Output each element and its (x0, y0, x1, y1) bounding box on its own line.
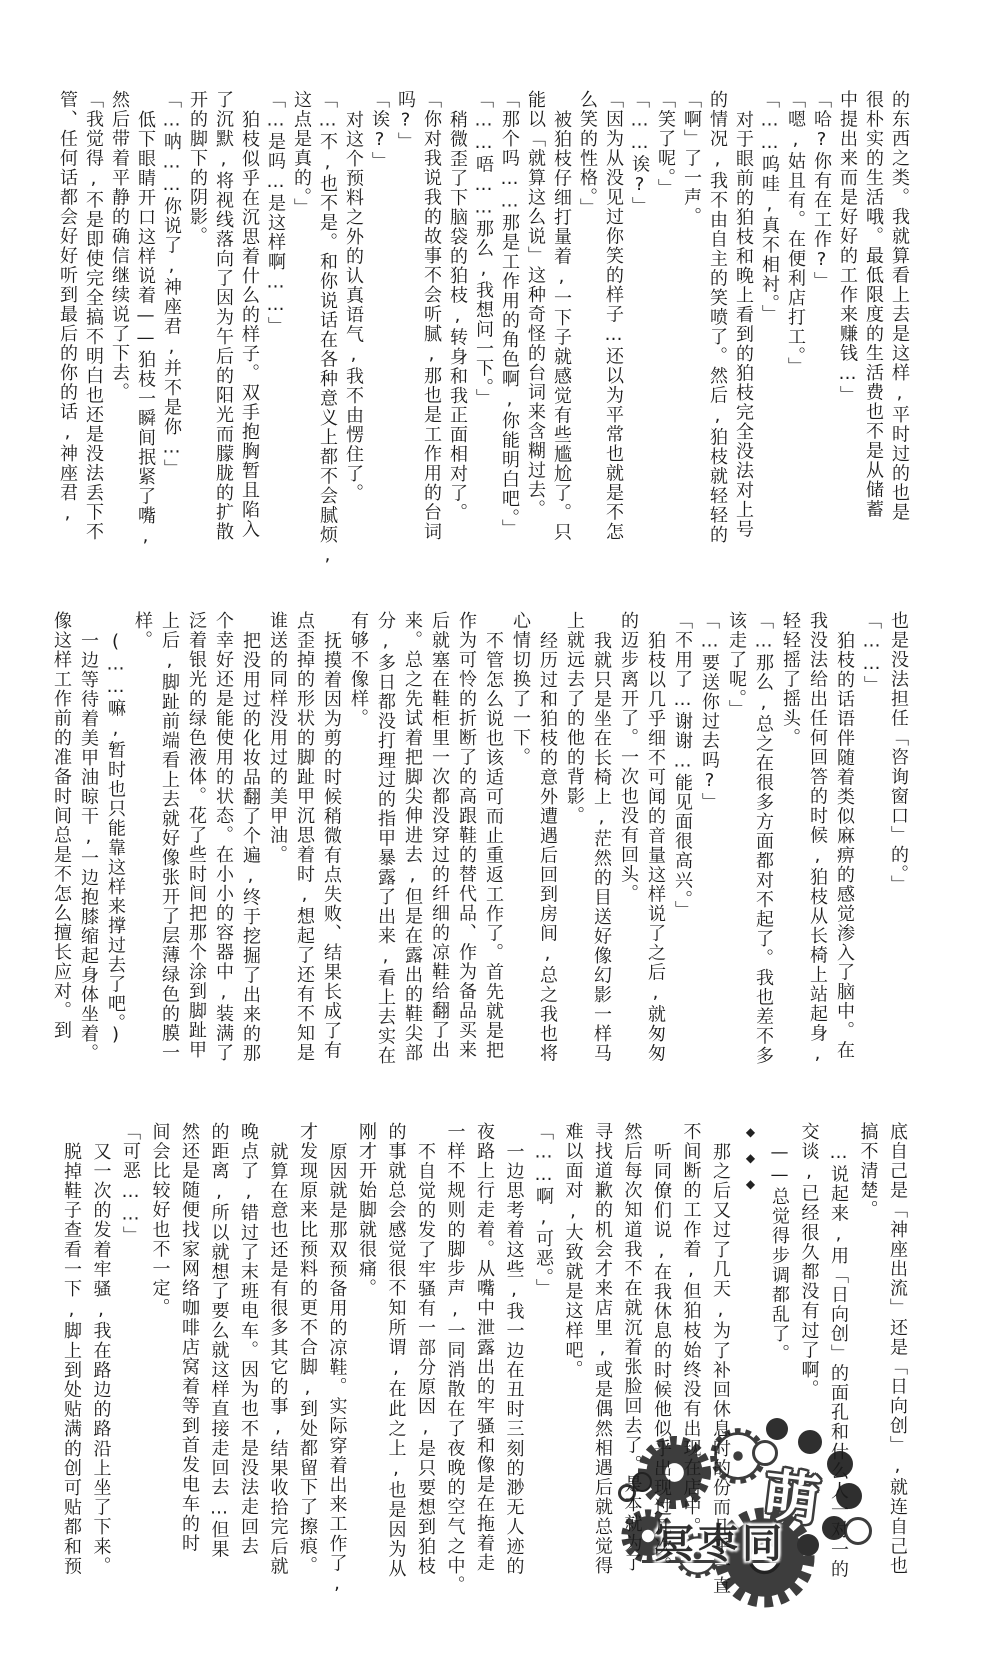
text-column: 样。 (129, 611, 156, 1063)
text-column: 晚点了,错过了末班电车。因为也不是没法走回去 (234, 1122, 264, 1582)
text-column: 「…呐……你说了,神座君,并不是你…」 (158, 90, 184, 546)
text-column: 这点是真的。」 (288, 90, 314, 546)
text-column: 对于眼前的狛枝和晚上看到的狛枝完全没法对上号 (730, 90, 756, 546)
text-column: 「……唔……那么,我想问一下。」 (470, 90, 496, 546)
text-column: 泛着银光的绿色液体。花了些时间把那个涂到脚趾甲 (183, 611, 210, 1063)
text-column: 狛枝似乎在沉思着什么的样子。双手抱胸暂且陷入 (236, 90, 262, 546)
text-block-middle: 也是没法担任「咨询窗口」的。」「……」狛枝的话语伴随着类似麻痹的感觉渗入了脑中。… (48, 611, 912, 1063)
text-column: 能以「就算这么说」这种奇怪的台词来含糊过去。 (522, 90, 548, 546)
text-column: 像这样工作前的准备时间总是不怎么擅长应对。到 (48, 611, 75, 1063)
text-column: 狛枝以几乎细不可闻的音量这样说了之后,就匆匆 (642, 611, 669, 1063)
text-column: 低下眼睛开口这样说着——狛枝一瞬间抿紧了嘴, (132, 90, 158, 546)
text-column: 的事就总会感觉很不知所谓,在此之上,也是因为从 (381, 1122, 411, 1582)
text-block-bottom: 底自己是「神座出流」还是「日向创」,就连自己也搞不清楚。…说起来,用「日向创」的… (57, 1122, 913, 1582)
text-column: 听同僚们说,在我休息的时候他似乎出现过几次。 (647, 1122, 677, 1582)
text-column: 「……啊,可恶。」 (529, 1122, 559, 1582)
text-column: 分,多日都没打理过的指甲暴露了出来,看上去实在 (372, 611, 399, 1063)
text-column: 夜路上行走着。从嘴中泄露出的牢骚和像是在拖着走 (470, 1122, 500, 1582)
text-column: 「诶?」 (366, 90, 392, 546)
text-column: 狛枝的话语伴随着类似麻痹的感觉渗入了脑中。在 (831, 611, 858, 1063)
text-column: 搞不清楚。 (853, 1122, 883, 1582)
text-column: 「不用了…谢谢…能见面很高兴。」 (669, 611, 696, 1063)
text-column: 的情况,我不由自主的笑喷了。然后,狛枝就轻轻的 (704, 90, 730, 546)
text-column: 「可恶……」 (116, 1122, 146, 1582)
text-column: 一边等待着美甲油晾干,一边抱膝缩起身体坐着。 (75, 611, 102, 1063)
text-column: 交谈,已经很久都没有过了啊。 (794, 1122, 824, 1582)
text-column: 也是没法担任「咨询窗口」的。」 (885, 611, 912, 1063)
text-column: 「…是吗…是这样啊……」 (262, 90, 288, 546)
text-column: 「……诶?」 (626, 90, 652, 546)
text-column: 很朴实的生活哦。最低限度的生活费也不是从储蓄 (860, 90, 886, 546)
text-column: 抚摸着因为剪的时候稍微有点失败、结果长成了有 (318, 611, 345, 1063)
text-column: 原因就是那双预备用的凉鞋。实际穿着出来工作了, (322, 1122, 352, 1582)
text-column: 我就只是坐在长椅上,茫然的目送好像幻影一样马 (588, 611, 615, 1063)
text-column: 点歪掉的形状的脚趾甲沉思着时,想起了还有不知是 (291, 611, 318, 1063)
text-column: 稍微歪了下脑袋的狛枝,转身和我正面相对了。 (444, 90, 470, 546)
text-column: 「哈?你有在工作?」 (808, 90, 834, 546)
text-column: 难以面对,大致就是这样吧。 (558, 1122, 588, 1582)
text-column: 那之后又过了几天,为了补回休息时的份而几乎一直 (706, 1122, 736, 1582)
text-column: 后就塞在鞋柜里一次都没穿过的纤细的凉鞋给翻了出 (426, 611, 453, 1063)
text-column: 开的脚下的阴影。 (184, 90, 210, 546)
text-column: 管、任何话都会好好听到最后的你的话,神座君, (54, 90, 80, 546)
text-column: 然还是随便找家网络咖啡店窝着等到首发电车的时 (175, 1122, 205, 1582)
text-column: 有够不像样。 (345, 611, 372, 1063)
text-column: 「…那么,总之在很多方面都对不起了。我也差不多 (750, 611, 777, 1063)
text-column: 被狛枝仔细打量着,一下子就感觉有些尴尬了。只 (548, 90, 574, 546)
text-column: 「啊」了一声。 (678, 90, 704, 546)
text-column: 把没用过的化妆品翻了个遍,终于挖掘了出来的那 (237, 611, 264, 1063)
text-column: 的东西之类。我就算看上去是这样,平时过的也是 (886, 90, 912, 546)
text-column: 然后每次知道我不在就沉着张脸回去了。是本就为了 (617, 1122, 647, 1582)
text-column: 作为可怜的折断了的高跟鞋的替代品、作为备品买来 (453, 611, 480, 1063)
text-column: 经历过和狛枝的意外遭遇后回到房间,总之我也将 (534, 611, 561, 1063)
text-column: 吗?」 (392, 90, 418, 546)
text-column: 的距离,所以就想了要么就这样直接走回去…但果 (204, 1122, 234, 1582)
text-column: 么笑的性格。」 (574, 90, 600, 546)
text-column: 我没法给出任何回答的时候,狛枝从长椅上站起身, (804, 611, 831, 1063)
text-column: 心情切换了一下。 (507, 611, 534, 1063)
text-column: 又一次的发着牢骚,我在路边的路沿上坐了下来。 (86, 1122, 116, 1582)
text-column: 「你对我说我的故事不会听腻,那也是工作用的台词 (418, 90, 444, 546)
text-column: 上后,脚趾前端看上去就好像张开了层薄绿色的膜一 (156, 611, 183, 1063)
text-column: 间会比较好也不一定。 (145, 1122, 175, 1582)
text-column: 「因为从没见过你笑的样子…还以为平常也就是不怎 (600, 90, 626, 546)
text-column: 「……」 (858, 611, 885, 1063)
text-block-top: 的东西之类。我就算看上去是这样,平时过的也是很朴实的生活哦。最低限度的生活费也不… (54, 90, 912, 546)
text-column: 底自己是「神座出流」还是「日向创」,就连自己也 (883, 1122, 913, 1582)
text-column: 谁送的同样没用过的美甲油。 (264, 611, 291, 1063)
text-column: 「…要送你过去吗?」 (696, 611, 723, 1063)
text-column: 「那个吗……那是工作用的角色啊,你能明白吧。」 (496, 90, 522, 546)
text-column: 「…不,也不是。和你说话在各种意义上都不会腻烦, (314, 90, 340, 546)
text-column: 不自觉的发了牢骚有一部分原因,是只要想到狛枝 (411, 1122, 441, 1582)
text-column: 轻轻摇了摇头。 (777, 611, 804, 1063)
text-column: 「我觉得,不是即使完全搞不明白也还是没法丢下不 (80, 90, 106, 546)
text-column: …说起来,用「日向创」的面孔和什么人一对一的 (824, 1122, 854, 1582)
text-column: (……嘛,暂时也只能靠这样来撑过去了吧。) (102, 611, 129, 1063)
text-column: 脱掉鞋子查看一下,脚上到处贴满的创可贴都和预 (57, 1122, 87, 1582)
text-column: 「嗯,姑且有。在便利店打工。」 (782, 90, 808, 546)
text-column: 的迈步离开了。一次也没有回头。 (615, 611, 642, 1063)
text-column: 对这个预料之外的认真语气,我不由愣住了。 (340, 90, 366, 546)
text-column: 刚才开始脚就很痛。 (352, 1122, 382, 1582)
text-column: 来。总之先试着把脚尖伸进去,但是在露出的鞋尖部 (399, 611, 426, 1063)
text-column: 了沉默,将视线落向了因为午后的阳光而朦胧的扩散 (210, 90, 236, 546)
text-column: 该走了呢。」 (723, 611, 750, 1063)
text-column: 不管怎么说也该适可而止重返工作了。首先就是把 (480, 611, 507, 1063)
text-column: 不间断的工作着,但狛枝始终没有出现在店中。 (676, 1122, 706, 1582)
text-column: 个幸好还是能使用的状态。在小小的容器中,装满了 (210, 611, 237, 1063)
text-column: 「……呜哇,真不相衬。」 (756, 90, 782, 546)
text-column: 上就远去了的他的背影。 (561, 611, 588, 1063)
text-column: 一边思考着这些,我一边在丑时三刻的渺无人迹的 (499, 1122, 529, 1582)
section-divider: ◆◆◆ (735, 1122, 765, 1582)
text-column: 寻找道歉的机会才来店里,或是偶然相遇后就总觉得 (588, 1122, 618, 1582)
text-column: 然后带着平静的确信继续说了下去。 (106, 90, 132, 546)
text-column: 就算在意也还是有很多其它的事,结果收拾完后就 (263, 1122, 293, 1582)
text-column: 才发现原来比预料的更不合脚,到处都留下了擦痕。 (293, 1122, 323, 1582)
text-column: 「笑了呢。」 (652, 90, 678, 546)
text-column: 中提出来而是好好的工作来赚钱…」 (834, 90, 860, 546)
text-column: 一样不规则的脚步声,一同消散在了夜晚的空气之中。 (440, 1122, 470, 1582)
text-column: ——总觉得步调都乱了。 (765, 1122, 795, 1582)
